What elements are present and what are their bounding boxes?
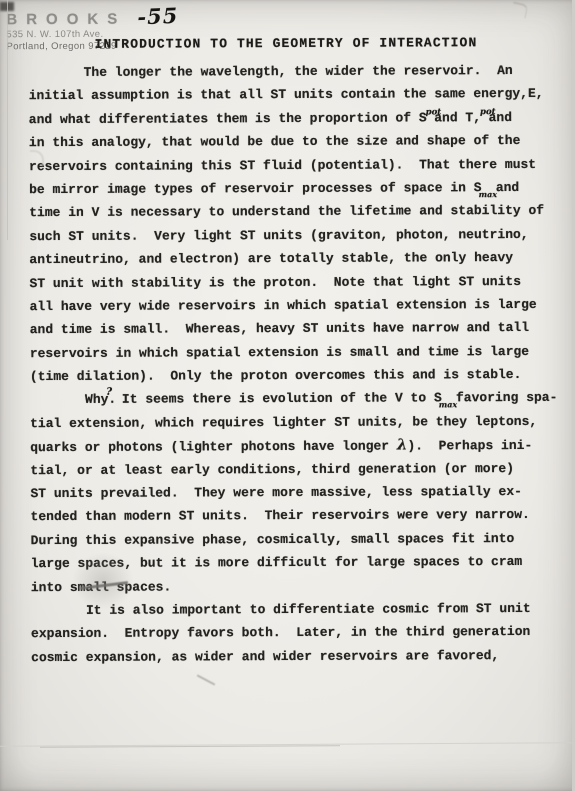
text-line: in this analogy, that would be due to th…	[29, 129, 549, 155]
handwritten-sub: max	[479, 189, 497, 199]
text-line: all have very wide reservoirs in which s…	[30, 293, 550, 319]
typed-text: reservoirs in which spatial extension is…	[30, 344, 529, 361]
text-line: cosmic expansion, as wider and wider res…	[31, 644, 551, 670]
text-line: ST units prevailed. They were more massi…	[30, 480, 550, 506]
text-line: expansion. Entropy favors both. Later, i…	[31, 620, 551, 646]
typed-text: tial, or at least early conditions, thir…	[30, 461, 514, 478]
typed-text: time in V is necessary to understand the…	[29, 203, 544, 220]
text-line: reservoirs in which spatial extension is…	[30, 340, 550, 366]
typed-text: cosmic expansion, as wider and wider res…	[31, 648, 499, 665]
stamp-name-row: BROOKS -55	[6, 4, 179, 29]
page-content: BROOKS -55 535 N. W. 107th Ave. Portland…	[0, 0, 575, 791]
text-line: tended than modern ST units. Their reser…	[30, 503, 550, 529]
typed-text: initial assumption is that all ST units …	[29, 86, 544, 103]
typed-text: antineutrino, and electron) are totally …	[29, 250, 513, 267]
typed-text: and T,	[434, 110, 481, 125]
text-line: and what differentiates them is the prop…	[29, 106, 549, 132]
handwritten-sup: pot	[426, 107, 442, 117]
handwritten-sup: pot	[480, 107, 496, 117]
text-line: such ST units. Very light ST units (grav…	[29, 223, 549, 249]
page-title: INTRODUCTION TO THE GEOMETRY OF INTERACT…	[0, 35, 573, 53]
typed-text: ST unit with stability is the proton. No…	[29, 273, 521, 290]
text-line: quarks or photons (lighter photons have …	[30, 433, 550, 459]
typed-text: ). Perhaps ini-	[407, 438, 532, 454]
text-line: tial extension, which requires lighter S…	[30, 410, 550, 436]
document-page: BROOKS -55 535 N. W. 107th Ave. Portland…	[0, 0, 575, 791]
typed-text: quarks or photons (lighter photons have …	[30, 439, 397, 456]
typed-text: (time dilation). Only the proton overcom…	[30, 367, 522, 384]
typed-text: reservoirs containing this ST fluid (pot…	[29, 156, 536, 173]
stamp-name: BROOKS	[6, 11, 126, 29]
typed-text: During this expansive phase, cosmically,…	[31, 531, 515, 548]
text-line: initial assumption is that all ST units …	[29, 82, 549, 108]
handwritten-sub: max	[439, 400, 457, 410]
typed-text: It is also important to differentiate co…	[86, 601, 531, 618]
typed-text: favoring spa-	[448, 390, 557, 405]
handwritten-hw: λ	[397, 436, 408, 454]
typed-text: be mirror image types of reservoir proce…	[29, 180, 482, 197]
typed-text: in this analogy, that would be due to th…	[29, 133, 521, 150]
handwritten-sup-over: ?	[106, 387, 112, 398]
typed-text: tended than modern ST units. Their reser…	[30, 507, 529, 524]
typed-text: expansion. Entropy favors both. Later, i…	[31, 624, 530, 641]
text-line: reservoirs containing this ST fluid (pot…	[29, 152, 549, 178]
text-line: tial, or at least early conditions, thir…	[30, 456, 550, 482]
typed-text: and time is small. Whereas, heavy ST uni…	[30, 320, 529, 337]
text-line: The longer the wavelength, the wider the…	[29, 59, 549, 85]
text-line: ST unit with stability is the proton. No…	[29, 269, 549, 295]
typed-text: ST units prevailed. They were more massi…	[30, 484, 522, 501]
typed-text: It seems there is evolution of the V to …	[114, 391, 442, 407]
typed-text: tial extension, which requires lighter S…	[30, 414, 537, 431]
typed-text: and what differentiates them is the prop…	[29, 110, 427, 127]
scan-edge-line	[7, 0, 8, 240]
text-line: antineutrino, and electron) are totally …	[29, 246, 549, 272]
text-line: (time dilation). Only the proton overcom…	[30, 363, 550, 389]
typed-text: all have very wide reservoirs in which s…	[30, 297, 537, 314]
text-line: During this expansive phase, cosmically,…	[31, 527, 551, 553]
handwritten-annotation: -55	[137, 4, 179, 30]
text-line: time in V is necessary to understand the…	[29, 199, 549, 225]
text-line: Why.? It seems there is evolution of the…	[30, 386, 550, 412]
typed-text: The longer the wavelength, the wider the…	[84, 63, 513, 80]
typed-text: such ST units. Very light ST units (grav…	[29, 227, 528, 244]
text-line: and time is small. Whereas, heavy ST uni…	[30, 316, 550, 342]
text-line: be mirror image types of reservoir proce…	[29, 176, 549, 202]
